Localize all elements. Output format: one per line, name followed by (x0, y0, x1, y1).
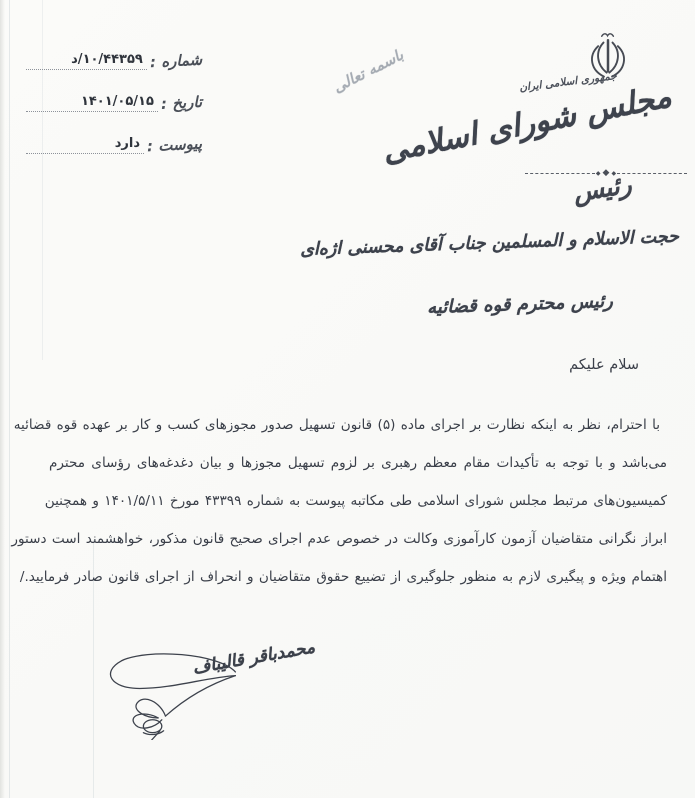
body-line: کمیسیون‌های مرتبط مجلس شورای اسلامی طی م… (49, 482, 667, 520)
letter-number-field: شماره : ۱۰/۴۴۳۵۹/د (26, 52, 202, 70)
scan-artifact-line (9, 0, 10, 798)
body-line: ابراز نگرانی متقاضیان آزمون کارآموزی وکا… (49, 520, 667, 558)
letter-meta-block: شماره : ۱۰/۴۴۳۵۹/د تاریخ : ۱۴۰۱/۰۵/۱۵ پی… (26, 52, 202, 178)
addressee-name-line: حجت الاسلام و المسلمین جناب آقای محسنی ا… (379, 227, 680, 257)
divider-line (525, 173, 595, 174)
signature-flourish-icon (92, 648, 250, 740)
assembly-name: مجلس شورای اسلامی (442, 78, 675, 157)
bismillah-mark: باسمه تعالی (330, 46, 406, 97)
attachment-value: دارد (26, 136, 144, 154)
letter-date-field: تاریخ : ۱۴۰۱/۰۵/۱۵ (26, 94, 202, 112)
letter-body: با احترام، نظر به اینکه نظارت بر اجرای م… (49, 406, 667, 596)
body-line: اهتمام ویژه و پیگیری لازم به منظور جلوگی… (49, 558, 667, 596)
number-label: شماره : (146, 51, 202, 72)
greeting: سلام علیکم (569, 357, 639, 373)
date-value: ۱۴۰۱/۰۵/۱۵ (26, 94, 158, 112)
scanned-letter-page: شماره : ۱۰/۴۴۳۵۹/د تاریخ : ۱۴۰۱/۰۵/۱۵ پی… (0, 0, 695, 798)
number-value: ۱۰/۴۴۳۵۹/د (26, 52, 147, 70)
attachment-label: پیوست : (144, 134, 203, 155)
body-line: می‌باشد و با توجه به تأکیدات مقام معظم ر… (49, 444, 667, 482)
addressee-title-line: رئیس محترم قوه قضائیه (427, 291, 613, 318)
scan-edge (0, 0, 5, 798)
attachment-field: پیوست : دارد (26, 136, 202, 154)
body-line: با احترام، نظر به اینکه نظارت بر اجرای م… (49, 406, 667, 444)
date-label: تاریخ : (157, 93, 202, 113)
